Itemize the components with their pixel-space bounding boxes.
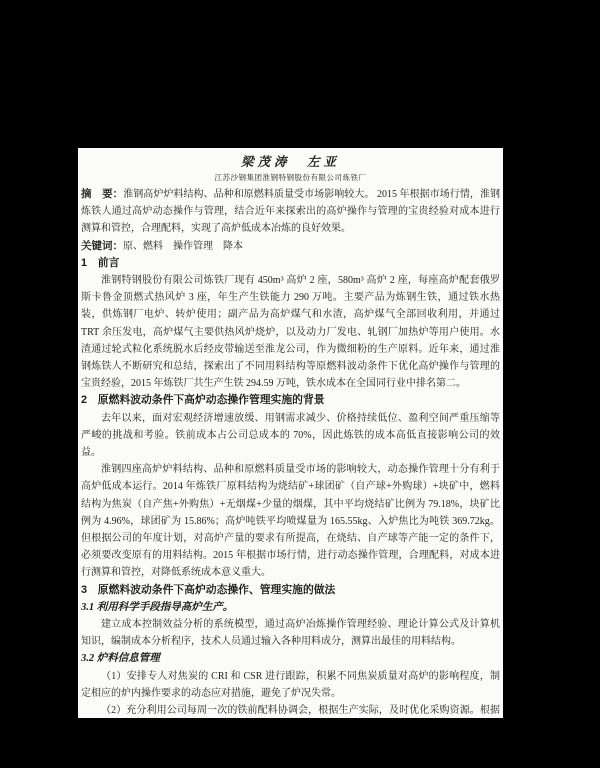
keywords-text: 原、燃料 操作管理 降本: [123, 241, 243, 252]
keywords-label: 关键词：: [81, 240, 123, 252]
subsection-3-1-heading: 3.1 利用科学手段指导高炉生产。: [81, 599, 500, 616]
subsection-3-1-paragraph-1: 建立成本控制效益分析的系统模型，通过高炉冶炼操作管理经验、理论计算公式及计算机知…: [81, 616, 500, 650]
section-3-heading: 3 原燃料波动条件下高炉动态操作、管理实施的做法: [81, 582, 500, 599]
abstract-label: 摘 要：: [81, 188, 123, 200]
abstract-paragraph: 摘 要：淮钢高炉炉料结构、品种和原燃料质量受市场影响较大。 2015 年根据市场…: [81, 186, 500, 238]
section-1-paragraph-1: 淮钢特钢股份有限公司炼铁厂现有 450m³ 高炉 2 座，580m³ 高炉 2 …: [81, 272, 500, 392]
section-2-heading: 2 原燃料波动条件下高炉动态操作管理实施的背景: [81, 392, 500, 409]
section-2-paragraph-1: 去年以来，面对宏观经济增速放缓、用钢需求减少、价格持续低位、盈利空间严重压缩等严…: [81, 410, 500, 462]
affiliation-line: 江苏沙钢集团淮钢特钢股份有限公司炼铁厂: [81, 171, 500, 184]
authors-line: 梁茂涛 左亚: [81, 153, 500, 171]
scan-background: 梁茂涛 左亚 江苏沙钢集团淮钢特钢股份有限公司炼铁厂 摘 要：淮钢高炉炉料结构、…: [0, 0, 600, 768]
subsection-3-2-paragraph-1: （1）安排专人对焦炭的 CRI 和 CSR 进行跟踪，积累不同焦炭质量对高炉的影…: [81, 668, 500, 702]
subsection-3-2-heading: 3.2 炉料信息管理: [81, 650, 500, 667]
keywords-paragraph: 关键词：原、燃料 操作管理 降本: [81, 238, 500, 255]
subsection-3-2-paragraph-2: （2）充分利用公司每周一次的铁前配料协调会，根据生产实际，及时优化采购资源。根据…: [81, 702, 500, 718]
paper-page: 梁茂涛 左亚 江苏沙钢集团淮钢特钢股份有限公司炼铁厂 摘 要：淮钢高炉炉料结构、…: [78, 148, 503, 718]
section-2-paragraph-2: 淮钢四座高炉炉料结构、品种和原燃料质量受市场的影响较大，动态操作管理十分有利于高…: [81, 461, 500, 581]
abstract-text: 淮钢高炉炉料结构、品种和原燃料质量受市场影响较大。 2015 年根据市场行情，淮…: [81, 189, 500, 234]
section-1-heading: 1 前言: [81, 255, 500, 272]
